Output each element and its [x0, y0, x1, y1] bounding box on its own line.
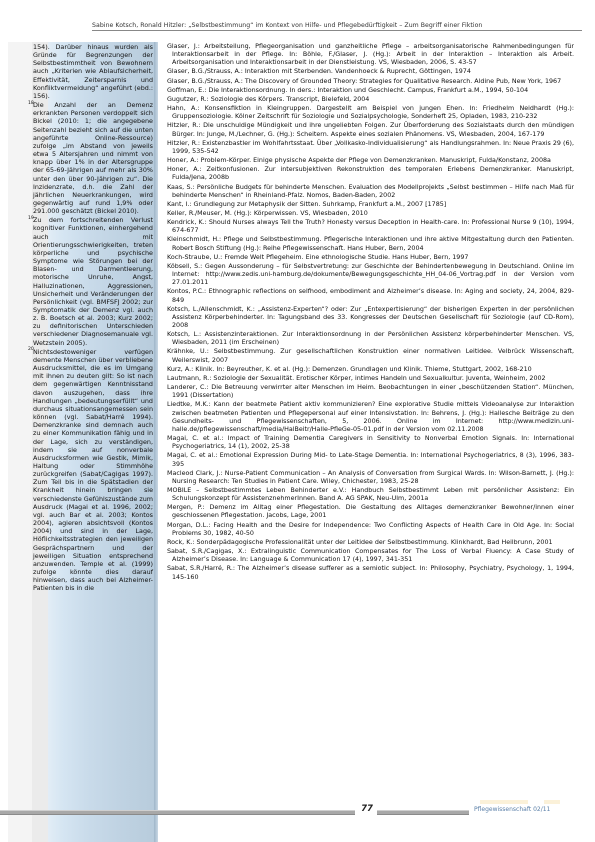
- footnotes-column: 154). Darüber hinaus wurden als Gründe f…: [33, 43, 153, 592]
- reference-entry: Mergen, P.: Demenz im Alltag einer Pfleg…: [167, 504, 574, 520]
- reference-entry: Keller, R./Meuser, M. (Hg.): Körperwisse…: [167, 210, 574, 218]
- footnote-continued: 154). Darüber hinaus wurden als Gründe f…: [33, 43, 153, 100]
- footnote-text: 154). Darüber hinaus wurden als Gründe f…: [33, 43, 153, 100]
- reference-entry: Hitzler, R.: Die unschuldige Mündigkeit …: [167, 122, 574, 138]
- journal-highlight: [544, 800, 560, 804]
- reference-entry: Honer, A.: Problem-Körper. Einige physis…: [167, 157, 574, 165]
- reference-entry: Sabat, S.R./Cagigas, X.: Extralinguistic…: [167, 548, 574, 564]
- reference-entry: Honer, A.: Zeitkonfusionen. Zur intersub…: [167, 166, 574, 182]
- footnote-18: 18 Die Anzahl der an Demenz erkrankten P…: [33, 101, 153, 215]
- reference-entry: MOBILE – Selbstbestimmtes Leben Behinder…: [167, 487, 574, 503]
- reference-entry: Kleinschmidt, H.: Pflege und Selbstbesti…: [167, 236, 574, 252]
- page-number: 77: [358, 804, 376, 814]
- reference-entry: Liedtke, M.K.: Kann der beatmete Patient…: [167, 401, 574, 434]
- journal-name: Pflegewissenschaft 02/11: [474, 806, 550, 813]
- reference-entry: Goffman, E.: Die Interaktionsordnung. In…: [167, 87, 574, 95]
- footnote-number: 18: [28, 100, 34, 108]
- footnote-number: 19: [28, 215, 34, 223]
- reference-entry: Gugutzer, R.: Soziologie des Körpers. Tr…: [167, 96, 574, 104]
- reference-entry: Kotsch, L./Allenschmidt, K.: „Assistenz-…: [167, 306, 574, 330]
- reference-entry: Hitzler, R.: Existenzbastler im Wohlfahr…: [167, 140, 574, 156]
- sidebar-edge-shadow: [154, 42, 158, 842]
- footer-rule-right: [377, 810, 469, 815]
- journal-highlight: [480, 800, 528, 804]
- reference-entry: Hahn, A.: Konsensfiktion in Kleingruppen…: [167, 105, 574, 121]
- footnote-text: Zu dem fortschreitenden Verlust kognitiv…: [33, 216, 153, 346]
- reference-entry: Kant, I.: Grundlegung zur Metaphysik der…: [167, 201, 574, 209]
- reference-entry: Kendrick, K.: Should Nurses always Tell …: [167, 219, 574, 235]
- reference-entry: Rock, K.: Sonderpädagogische Professiona…: [167, 539, 574, 547]
- reference-entry: Glaser, B.G./Strauss, A.: The Discovery …: [167, 78, 574, 86]
- reference-entry: Kotsch, L.: Assistenzinteraktionen. Zur …: [167, 331, 574, 347]
- reference-entry: Kurz, A.: Klinik. In: Beyreuther, K. et …: [167, 366, 574, 374]
- reference-entry: Köbsell, S.: Gegen Aussonderung – für Se…: [167, 263, 574, 287]
- footnote-text: Die Anzahl der an Demenz erkrankten Pers…: [33, 101, 153, 215]
- reference-entry: Magai, C. et al.: Impact of Training Dem…: [167, 435, 574, 451]
- reference-entry: Kaas, S.: Persönliche Budgets für behind…: [167, 184, 574, 200]
- footnote-20: 20 Nichtsdestoweniger verfügen demente M…: [33, 348, 153, 593]
- reference-entry: Koch-Straube, U.: Fremde Welt Pflegeheim…: [167, 254, 574, 262]
- footnote-19: 19 Zu dem fortschreitenden Verlust kogni…: [33, 216, 153, 347]
- reference-entry: Morgan, D.L.: Facing Health and the Desi…: [167, 522, 574, 538]
- reference-entry: Magai, C. et al.: Emotional Expression D…: [167, 452, 574, 468]
- reference-entry: Glaser, B.G./Strauss, A.: Interaktion mi…: [167, 68, 574, 76]
- footnote-number: 20: [28, 346, 34, 354]
- reference-list: Glaser, J.: Arbeitsteilung, Pflegeorgani…: [167, 43, 574, 583]
- reference-entry: Macleod Clark, J.: Nurse-Patient Communi…: [167, 470, 574, 486]
- reference-entry: Landerer, C.: Die Betreuung verwirrter a…: [167, 384, 574, 400]
- footer-rule-left: [0, 810, 355, 815]
- reference-entry: Kontos, P.C.: Ethnographic reflections o…: [167, 288, 574, 304]
- reference-entry: Glaser, J.: Arbeitsteilung, Pflegeorgani…: [167, 43, 574, 67]
- reference-entry: Krähnke, U.: Selbstbestimmung. Zur gesel…: [167, 348, 574, 364]
- reference-entry: Sabat, S.R./Harré, R.: The Alzheimer’s d…: [167, 565, 574, 581]
- reference-entry: Lautmann, R.: Soziologie der Sexualität.…: [167, 375, 574, 383]
- footnote-text: Nichtsdestoweniger verfügen demente Mens…: [33, 348, 153, 593]
- running-header: Sabine Kotsch, Ronald Hitzler: „Selbstbe…: [92, 22, 582, 31]
